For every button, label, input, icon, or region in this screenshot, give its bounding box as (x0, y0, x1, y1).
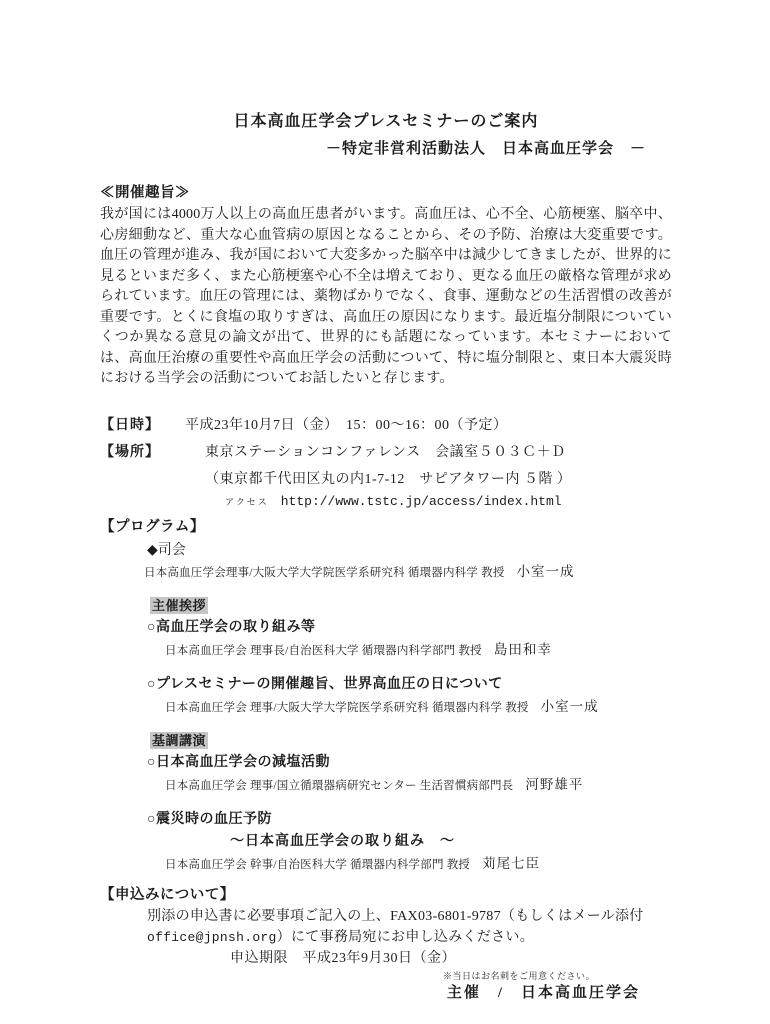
event-details-section: 【日時】 平成23年10月7日（金） 15：00～16：00（予定） 【場所】 … (100, 416, 672, 511)
application-line2-rest: ）にて事務局宛にお申し込みください。 (277, 930, 534, 945)
program-item: ○震災時の血圧予防 ～日本高血圧学会の取り組み ～ 日本高血圧学会 幹事/自治医… (100, 810, 672, 874)
program-heading: 【プログラム】 (100, 517, 672, 537)
organization-subtitle: －特定非営利活動法人 日本高血圧学会 － (100, 140, 672, 158)
section-label-greeting: 主催挨拶 (150, 597, 208, 614)
datetime-label: 【日時】 (100, 416, 185, 436)
application-instructions-line2: office@jpnsh.org）にて事務局宛にお申し込みください。 (147, 928, 672, 948)
speaker-line: 日本高血圧学会 理事/国立循環器病研究センター 生活習慣病部門長河野雄平 (165, 776, 672, 795)
footer-note: ※当日はお名刺をご用意ください。 (100, 970, 672, 982)
moderator-marker: ◆司会 (147, 541, 672, 560)
datetime-value: 平成23年10月7日（金） 15：00～16：00（予定） (185, 416, 508, 436)
venue-row: 【場所】 東京ステーションコンファレンス 会議室５０３Ｃ＋Ｄ (100, 443, 672, 463)
speaker-line: 日本高血圧学会 理事長/自治医科大学 循環器内科学部門 教授島田和幸 (165, 641, 672, 660)
application-section: 【申込みについて】 別添の申込書に必要事項ご記入の上、FAX03-6801-97… (100, 885, 672, 969)
speaker-name: 苅尾七臣 (482, 856, 540, 871)
program-item-title: ○プレスセミナーの開催趣旨、世界高血圧の日について (147, 675, 672, 694)
program-item-title: ○日本高血圧学会の減塩活動 (147, 753, 672, 772)
speaker-affiliation: 日本高血圧学会 理事/大阪大学大学院医学系研究科 循環器内科学 教授 (165, 702, 529, 714)
speaker-affiliation: 日本高血圧学会 理事/国立循環器病研究センター 生活習慣病部門長 (165, 780, 513, 792)
speaker-line: 日本高血圧学会 理事/大阪大学大学院医学系研究科 循環器内科学 教授小室一成 (165, 698, 672, 717)
datetime-row: 【日時】 平成23年10月7日（金） 15：00～16：00（予定） (100, 416, 672, 436)
program-item: ○日本高血圧学会の減塩活動 日本高血圧学会 理事/国立循環器病研究センター 生活… (100, 753, 672, 795)
venue-value: 東京ステーションコンファレンス 会議室５０３Ｃ＋Ｄ (185, 443, 566, 463)
venue-address: （東京都千代田区丸の内1-7-12 サピアタワー内 ５階 ） (100, 470, 672, 490)
purpose-body-text: 我が国には4000万人以上の高血圧患者がいます。高血圧は、心不全、心筋梗塞、脳卒… (100, 205, 672, 390)
document-page: 日本高血圧学会プレスセミナーのご案内 －特定非営利活動法人 日本高血圧学会 － … (0, 0, 770, 1024)
contact-email: office@jpnsh.org (147, 930, 277, 945)
footer-organizer: 主催 / 日本高血圧学会 (100, 984, 672, 1003)
document-content: 日本高血圧学会プレスセミナーのご案内 －特定非営利活動法人 日本高血圧学会 － … (0, 0, 770, 1003)
speaker-name: 小室一成 (541, 699, 599, 714)
application-heading: 【申込みについて】 (100, 885, 672, 905)
venue-label: 【場所】 (100, 443, 185, 463)
moderator-name: 小室一成 (517, 564, 575, 579)
section-label-keynote: 基調講演 (150, 732, 208, 749)
speaker-affiliation: 日本高血圧学会 幹事/自治医科大学 循環器内科学部門 教授 (165, 859, 470, 871)
program-item-subtitle: ～日本高血圧学会の取り組み ～ (230, 832, 672, 851)
program-section-keynote: 基調講演 ○日本高血圧学会の減塩活動 日本高血圧学会 理事/国立循環器病研究セン… (100, 732, 672, 874)
application-instructions-line1: 別添の申込書に必要事項ご記入の上、FAX03-6801-9787（もしくはメール… (147, 907, 672, 927)
purpose-section: ≪開催趣旨≫ 我が国には4000万人以上の高血圧患者がいます。高血圧は、心不全、… (100, 184, 672, 390)
program-item-title: ○震災時の血圧予防 (147, 810, 672, 829)
purpose-heading: ≪開催趣旨≫ (100, 184, 672, 203)
speaker-name: 河野雄平 (525, 777, 583, 792)
moderator-speaker-line: 日本高血圧学会理事/大阪大学大学院医学系研究科 循環器内科学 教授小室一成 (144, 563, 672, 582)
moderator-affiliation: 日本高血圧学会理事/大阪大学大学院医学系研究科 循環器内科学 教授 (144, 567, 505, 579)
access-url: http://www.tstc.jp/access/index.html (281, 494, 562, 509)
access-label: アクセス (225, 497, 269, 507)
speaker-affiliation: 日本高血圧学会 理事長/自治医科大学 循環器内科学部門 教授 (165, 645, 482, 657)
application-deadline: 申込期限 平成23年9月30日（金） (230, 949, 672, 969)
moderator-block: ◆司会 日本高血圧学会理事/大阪大学大学院医学系研究科 循環器内科学 教授小室一… (100, 541, 672, 582)
speaker-name: 島田和幸 (494, 642, 552, 657)
program-section: 【プログラム】 ◆司会 日本高血圧学会理事/大阪大学大学院医学系研究科 循環器内… (100, 517, 672, 874)
program-item: ○プレスセミナーの開催趣旨、世界高血圧の日について 日本高血圧学会 理事/大阪大… (100, 675, 672, 717)
program-item: ○高血圧学会の取り組み等 日本高血圧学会 理事長/自治医科大学 循環器内科学部門… (100, 618, 672, 660)
page-title: 日本高血圧学会プレスセミナーのご案内 (100, 112, 672, 131)
program-item-title: ○高血圧学会の取り組み等 (147, 618, 672, 637)
footer: ※当日はお名刺をご用意ください。 主催 / 日本高血圧学会 (100, 970, 672, 1003)
program-section-greeting: 主催挨拶 ○高血圧学会の取り組み等 日本高血圧学会 理事長/自治医科大学 循環器… (100, 597, 672, 717)
access-row: アクセス http://www.tstc.jp/access/index.htm… (100, 492, 672, 511)
speaker-line: 日本高血圧学会 幹事/自治医科大学 循環器内科学部門 教授苅尾七臣 (165, 855, 672, 874)
